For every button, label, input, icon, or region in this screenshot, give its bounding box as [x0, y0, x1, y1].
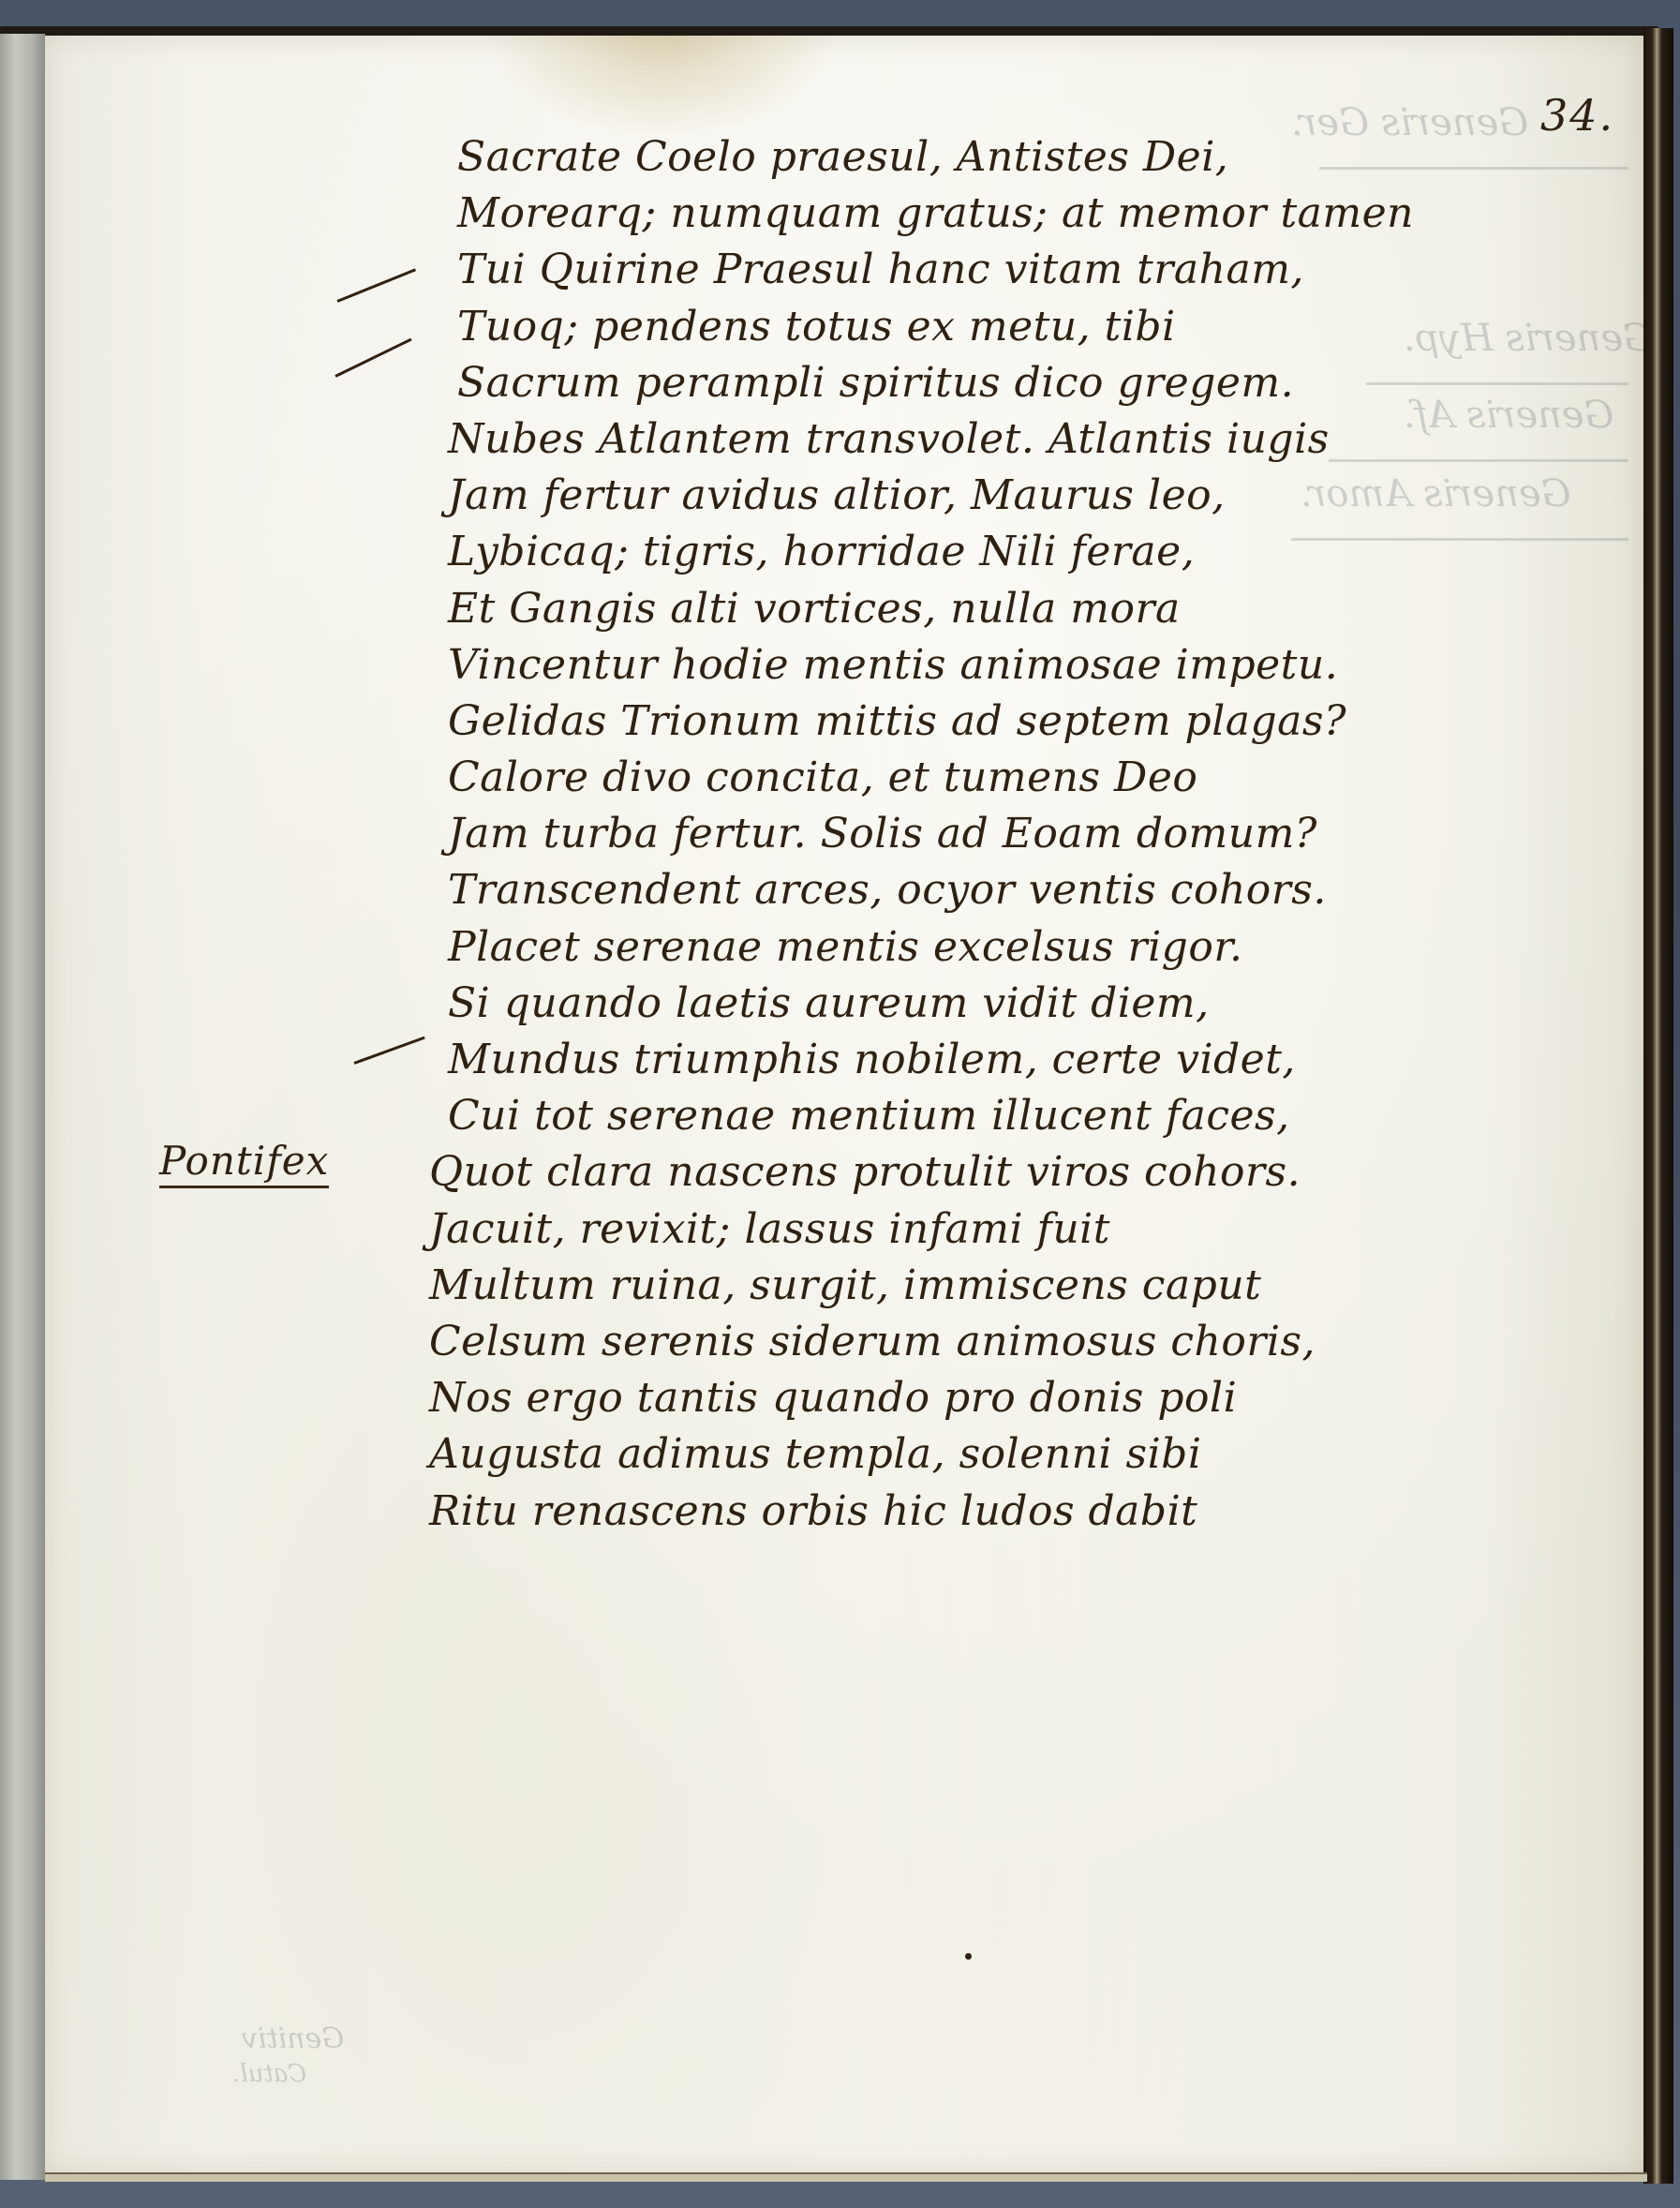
verse-line: Jam turba fertur. Solis ad Eoam domum? [429, 806, 1600, 862]
water-stain [485, 36, 841, 139]
verse-line: Tui Quirine Praesul hanc vitam traham, [429, 242, 1600, 298]
verse-line: Vincentur hodie mentis animosae impetu. [429, 637, 1600, 694]
verse-line: Augusta adimus templa, solenni sibi [429, 1426, 1600, 1483]
verse-line: Placet serenae mentis excelsus rigor. [429, 919, 1600, 976]
verse-line: Ritu renascens orbis hic ludos dabit [429, 1484, 1600, 1540]
verse-line: Tuoq; pendens totus ex metu, tibi [429, 299, 1600, 355]
verse-line: Multum ruina, surgit, immiscens caput [429, 1258, 1600, 1314]
verse-line: Morearq; numquam gratus; at memor tamen [429, 186, 1600, 242]
verse-line: Mundus triumphis nobilem, certe videt, [429, 1032, 1600, 1088]
verse-line: Si quando laetis aureum vidit diem, [429, 976, 1600, 1032]
manuscript-page: Generis Ger. Generis Hyp. Generis Af. Ge… [45, 36, 1643, 2174]
verse-line: Calore divo concita, et tumens Deo [429, 750, 1600, 806]
ink-dot [965, 1953, 972, 1960]
verse-line: Lybicaq; tigris, horridae Nili ferae, [429, 524, 1600, 580]
bleed-through-text: Genitiv [242, 2022, 344, 2055]
page-bottom-edge [45, 2172, 1647, 2182]
verse-line: Nubes Atlantem transvolet. Atlantis iugi… [429, 411, 1600, 468]
verse-text: Sacrate Coelo praesul, Antistes Dei, Mor… [429, 129, 1600, 1540]
pen-flourish [353, 1037, 424, 1065]
verse-line: Nos ergo tantis quando pro donis poli [429, 1370, 1600, 1426]
verse-line: Transcendent arces, ocyor ventis cohors. [429, 862, 1600, 918]
pen-flourish [335, 338, 411, 378]
marginal-note: Pontifex [159, 1138, 329, 1188]
verse-line: Sacrum perampli spiritus dico gregem. [429, 355, 1600, 411]
verse-line: Jacuit, revixit; lassus infami fuit [429, 1201, 1600, 1258]
pen-flourish [336, 268, 416, 302]
verse-line: Cui tot serenae mentium illucent faces, [429, 1088, 1600, 1144]
verse-line: Jam fertur avidus altior, Maurus leo, [429, 468, 1600, 524]
verse-line: Sacrate Coelo praesul, Antistes Dei, [429, 129, 1600, 186]
verse-line: Et Gangis alti vortices, nulla mora [429, 581, 1600, 637]
verse-line: Gelidas Trionum mittis ad septem plagas? [429, 694, 1600, 750]
verse-line: Quot clara nascens protulit viros cohors… [429, 1144, 1600, 1201]
facing-page-edge [0, 34, 47, 2180]
book-fore-edge [1643, 28, 1673, 2184]
verse-line: Celsum serenis siderum animosus choris, [429, 1314, 1600, 1370]
bleed-through-text: Catul. [232, 2060, 306, 2088]
